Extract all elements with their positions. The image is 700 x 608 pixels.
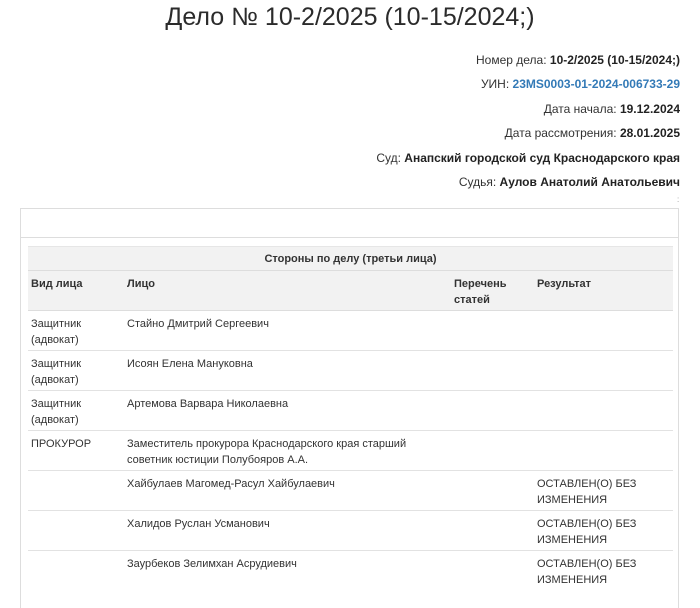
table-caption: Стороны по делу (третьи лица) [28,247,673,271]
party-type-cell [28,551,124,595]
party-type-cell: Защитник (адвокат) [28,351,124,391]
panel-heading [21,209,678,238]
person-cell: Стайно Дмитрий Сергеевич [124,311,451,351]
table-row: Защитник (адвокат) Исоян Елена Мануковна [28,351,673,391]
judge-row: Судья: Аулов Анатолий Анатольевич [376,172,680,196]
start-date-value: 19.12.2024 [620,102,680,116]
table-row: Защитник (адвокат) Артемова Варвара Нико… [28,391,673,431]
column-header-result: Результат [534,271,673,311]
review-date-value: 28.01.2025 [620,126,680,140]
court-row: Суд: Анапский городской суд Краснодарско… [376,148,680,172]
articles-cell [451,471,534,511]
review-date-row: Дата рассмотрения: 28.01.2025 [376,123,680,147]
party-type-cell [28,511,124,551]
court-label: Суд: [376,151,404,165]
person-cell: Артемова Варвара Николаевна [124,391,451,431]
result-cell [534,351,673,391]
case-number-label: Номер дела: [476,53,550,67]
start-date-row: Дата начала: 19.12.2024 [376,99,680,123]
person-cell: Халидов Руслан Усманович [124,511,451,551]
result-cell: ОСТАВЛЕН(О) БЕЗ ИЗМЕНЕНИЯ [534,471,673,511]
result-cell [534,391,673,431]
table-row: Халидов Руслан Усманович ОСТАВЛЕН(О) БЕЗ… [28,511,673,551]
start-date-label: Дата начала: [544,102,620,116]
articles-cell [451,551,534,595]
articles-cell [451,311,534,351]
table-row: ПРОКУРОР Заместитель прокурора Краснодар… [28,431,673,471]
articles-cell [451,391,534,431]
uin-label: УИН: [481,77,513,91]
party-type-cell [28,471,124,511]
person-cell: Заурбеков Зелимхан Асрудиевич [124,551,451,595]
case-number-value: 10-2/2025 (10-15/2024;) [550,53,680,67]
parties-table: Стороны по делу (третьи лица) Вид лица Л… [28,246,673,595]
person-cell: Заместитель прокурора Краснодарского кра… [124,431,451,471]
uin-row: УИН: 23MS0003-01-2024-006733-29 [376,74,680,98]
result-cell [534,311,673,351]
result-cell: ОСТАВЛЕН(О) БЕЗ ИЗМЕНЕНИЯ [534,551,673,595]
party-type-cell: ПРОКУРОР [28,431,124,471]
table-row: Хайбулаев Магомед-Расул Хайбулаевич ОСТА… [28,471,673,511]
review-date-label: Дата рассмотрения: [505,126,620,140]
result-cell: ОСТАВЛЕН(О) БЕЗ ИЗМЕНЕНИЯ [534,511,673,551]
articles-cell [451,431,534,471]
party-type-cell: Защитник (адвокат) [28,311,124,351]
parties-panel: Стороны по делу (третьи лица) Вид лица Л… [20,208,679,599]
judge-value: Аулов Анатолий Анатольевич [500,175,680,189]
uin-link[interactable]: 23MS0003-01-2024-006733-29 [513,77,680,91]
result-cell [534,431,673,471]
party-type-cell: Защитник (адвокат) [28,391,124,431]
person-cell: Хайбулаев Магомед-Расул Хайбулаевич [124,471,451,511]
table-header-row: Вид лица Лицо Перечень статей Результат [28,271,673,311]
judge-label: Судья: [459,175,500,189]
page-title: Дело № 10-2/2025 (10-15/2024;) [0,0,700,34]
court-value: Анапский городской суд Краснодарского кр… [404,151,680,165]
column-header-party-type: Вид лица [28,271,124,311]
column-header-person: Лицо [124,271,451,311]
table-row: Защитник (адвокат) Стайно Дмитрий Сергее… [28,311,673,351]
column-header-articles: Перечень статей [451,271,534,311]
person-cell: Исоян Елена Мануковна [124,351,451,391]
table-row: Заурбеков Зелимхан Асрудиевич ОСТАВЛЕН(О… [28,551,673,595]
scroll-marker: : [677,196,679,204]
case-number-row: Номер дела: 10-2/2025 (10-15/2024;) [376,50,680,74]
case-info: Номер дела: 10-2/2025 (10-15/2024;) УИН:… [376,50,680,196]
articles-cell [451,511,534,551]
articles-cell [451,351,534,391]
